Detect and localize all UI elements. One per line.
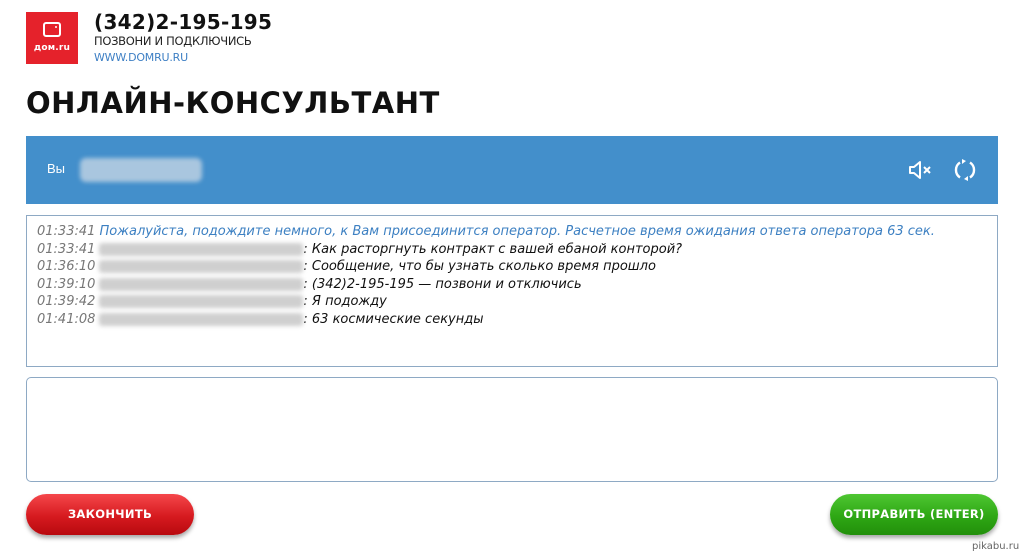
chat-message: 01:36:10: Сообщение, что бы узнать сколь… xyxy=(37,258,987,276)
message-time: 01:41:08 xyxy=(37,312,95,327)
message-text: : Я подожду xyxy=(303,294,386,309)
end-chat-button[interactable]: ЗАКОНЧИТЬ xyxy=(26,494,194,535)
author-redacted xyxy=(99,295,303,308)
chat-message: 01:41:08: 63 космические секунды xyxy=(37,311,987,329)
message-time: 01:36:10 xyxy=(37,259,95,274)
author-redacted xyxy=(99,278,303,291)
author-redacted xyxy=(99,243,303,256)
watermark: pikabu.ru xyxy=(972,541,1019,552)
message-text: : Сообщение, что бы узнать сколько время… xyxy=(303,259,656,274)
refresh-icon[interactable] xyxy=(953,158,977,182)
tv-icon xyxy=(43,22,61,37)
message-text: Пожалуйста, подождите немного, к Вам при… xyxy=(100,224,935,239)
chat-message: 01:39:42: Я подожду xyxy=(37,293,987,311)
you-label: Вы xyxy=(47,161,65,176)
mute-icon[interactable] xyxy=(908,160,934,180)
author-redacted xyxy=(99,260,303,273)
chat-message: 01:33:41: Как расторгнуть контракт с ваш… xyxy=(37,241,987,259)
chat-message-system: 01:33:41 Пожалуйста, подождите немного, … xyxy=(37,223,987,241)
message-text: : (342)2-195-195 — позвони и отключись xyxy=(303,277,581,292)
author-redacted xyxy=(99,313,303,326)
message-time: 01:33:41 xyxy=(37,224,95,239)
page-title: ОНЛАЙН-КОНСУЛЬТАНТ xyxy=(26,86,440,120)
chat-header-bar: Вы xyxy=(26,136,998,204)
message-text: : 63 космические секунды xyxy=(303,312,483,327)
message-time: 01:39:10 xyxy=(37,277,95,292)
chat-log[interactable]: 01:33:41 Пожалуйста, подождите немного, … xyxy=(26,215,998,367)
phone-number: (342)2-195-195 xyxy=(94,10,272,34)
chat-message: 01:39:10: (342)2-195-195 — позвони и отк… xyxy=(37,276,987,294)
send-button[interactable]: ОТПРАВИТЬ (ENTER) xyxy=(830,494,998,535)
site-link[interactable]: WWW.DOMRU.RU xyxy=(94,51,188,64)
message-time: 01:33:41 xyxy=(37,242,95,257)
message-input[interactable] xyxy=(26,377,998,482)
user-name-redacted xyxy=(80,158,202,182)
tagline: ПОЗВОНИ И ПОДКЛЮЧИСЬ xyxy=(94,34,252,48)
domru-logo[interactable]: дом.ru xyxy=(26,12,78,64)
message-time: 01:39:42 xyxy=(37,294,95,309)
logo-text: дом.ru xyxy=(26,43,78,53)
message-text: : Как расторгнуть контракт с вашей ебано… xyxy=(303,242,682,257)
